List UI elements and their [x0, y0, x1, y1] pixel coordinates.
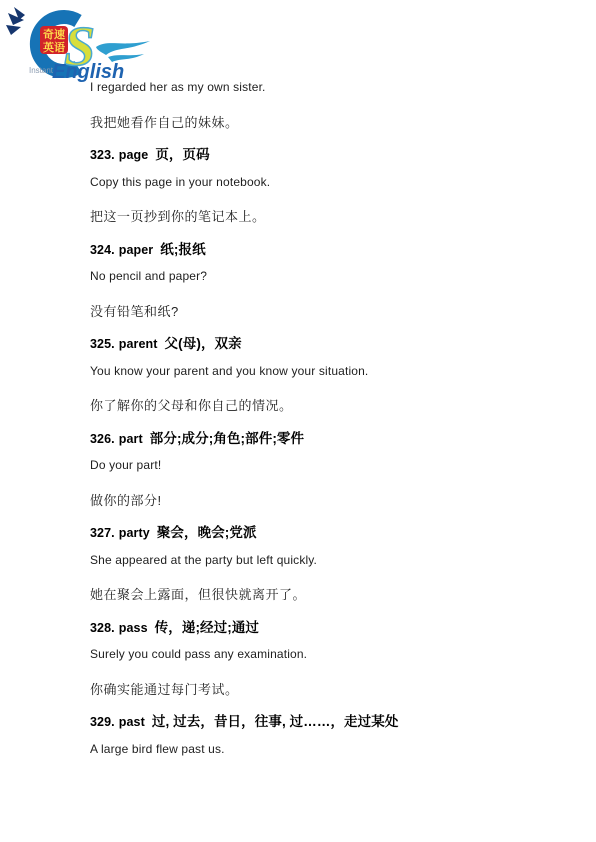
example-sentence-cn: 你了解你的父母和你自己的情况。 — [90, 395, 570, 427]
example-sentence-en: Surely you could pass any examination. — [90, 647, 570, 679]
entry-heading: 328.pass传，递;经过;通过 — [90, 616, 570, 648]
example-sentence-cn: 你确实能通过每门考试。 — [90, 679, 570, 711]
entry-heading: 323.page页，页码 — [90, 143, 570, 175]
brand-logo-image: S 奇速 英语 Instant English — [4, 5, 152, 87]
example-sentence-en: She appeared at the party but left quick… — [90, 553, 570, 585]
entry-number: 325. — [90, 337, 115, 351]
entry-meaning: 页，页码 — [155, 147, 209, 162]
entry-meaning: 部分;成分;角色;部件;零件 — [150, 431, 304, 446]
entry-heading: 325.parent父(母)，双亲 — [90, 332, 570, 364]
example-sentence-en: You know your parent and you know your s… — [90, 364, 570, 396]
example-sentence-cn: 把这一页抄到你的笔记本上。 — [90, 206, 570, 238]
entry-number: 327. — [90, 526, 115, 540]
entry-meaning: 过, 过去，昔日，往事, 过……，走过某处 — [152, 714, 399, 729]
logo-brand-text-line2: 英语 — [43, 40, 65, 54]
entry-meaning: 传，递;经过;通过 — [155, 620, 259, 635]
example-sentence-en: I regarded her as my own sister. — [90, 80, 570, 112]
logo-flame-tail-icon — [96, 41, 150, 55]
entry-heading: 327.party聚会，晚会;党派 — [90, 521, 570, 553]
vocabulary-list: I regarded her as my own sister. 我把她看作自己… — [90, 80, 570, 773]
entry-word: page — [119, 148, 149, 162]
example-sentence-cn: 没有铅笔和纸? — [90, 301, 570, 333]
entry-word: parent — [119, 337, 158, 351]
entry-number: 326. — [90, 432, 115, 446]
example-sentence-en: Do your part! — [90, 458, 570, 490]
entry-meaning: 纸;报纸 — [160, 242, 205, 257]
example-sentence-cn: 她在聚会上露面，但很快就离开了。 — [90, 584, 570, 616]
entry-word: past — [119, 715, 145, 729]
entry-word: party — [119, 526, 150, 540]
entry-word: pass — [119, 621, 148, 635]
logo-instant-text: Instant — [29, 66, 54, 75]
example-sentence-en: No pencil and paper? — [90, 269, 570, 301]
entry-number: 323. — [90, 148, 115, 162]
example-sentence-cn: 我把她看作自己的妹妹。 — [90, 112, 570, 144]
logo-spike-icon — [6, 25, 21, 35]
entry-meaning: 父(母)，双亲 — [165, 336, 242, 351]
entry-number: 329. — [90, 715, 115, 729]
entry-heading: 329.past过, 过去，昔日，往事, 过……，走过某处 — [90, 710, 570, 742]
entry-heading: 324.paper纸;报纸 — [90, 238, 570, 270]
entry-number: 328. — [90, 621, 115, 635]
example-sentence-en: Copy this page in your notebook. — [90, 175, 570, 207]
logo-brand-text-line1: 奇速 — [43, 27, 65, 41]
example-sentence-en: A large bird flew past us. — [90, 742, 570, 774]
brand-logo: S 奇速 英语 Instant English — [4, 5, 152, 87]
entry-word: paper — [119, 243, 154, 257]
entry-meaning: 聚会，晚会;党派 — [157, 525, 257, 540]
document-page: S 奇速 英语 Instant English I regarded her a… — [0, 0, 596, 842]
entry-number: 324. — [90, 243, 115, 257]
example-sentence-cn: 做你的部分! — [90, 490, 570, 522]
entry-word: part — [119, 432, 143, 446]
entry-heading: 326.part部分;成分;角色;部件;零件 — [90, 427, 570, 459]
